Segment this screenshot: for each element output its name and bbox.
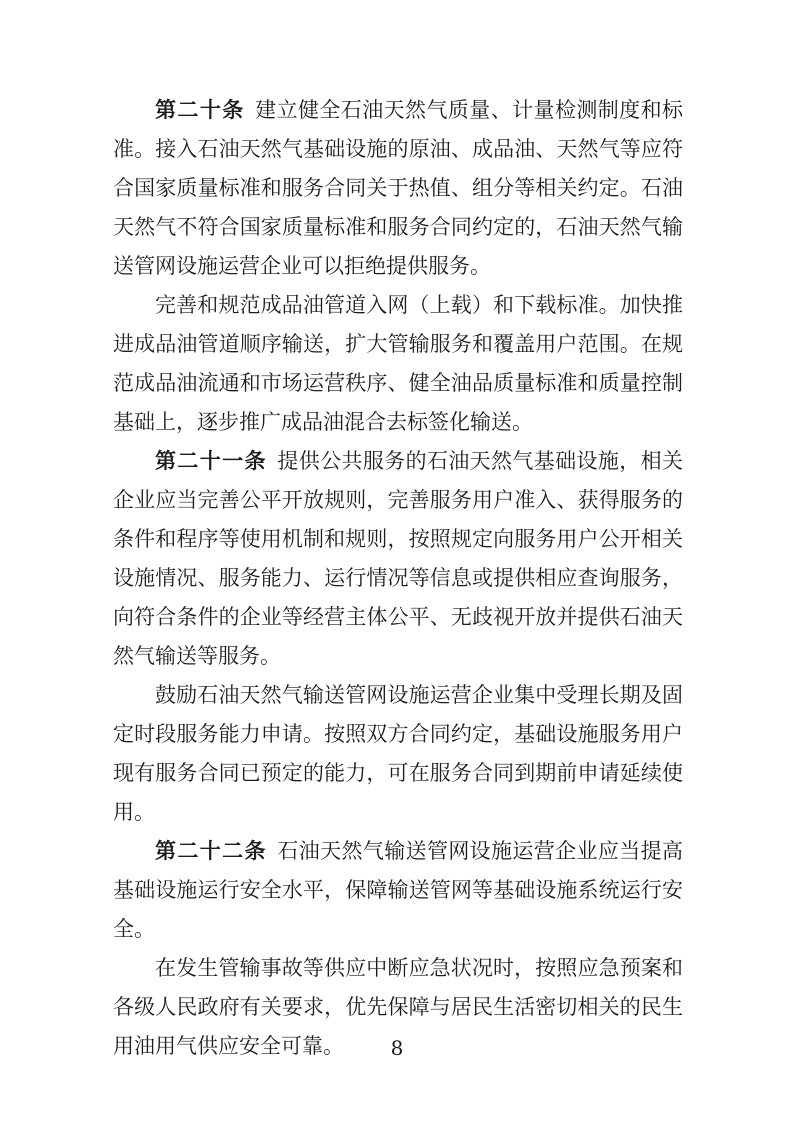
capacity-application-paragraph: 鼓励石油天然气输送管网设施运营企业集中受理长期及固定时段服务能力申请。按照双方合… xyxy=(113,676,683,832)
article-21-text: 提供公共服务的石油天然气基础设施，相关企业应当完善公平开放规则，完善服务用户准入… xyxy=(113,449,683,668)
article-21-paragraph: 第二十一条提供公共服务的石油天然气基础设施，相关企业应当完善公平开放规则，完善服… xyxy=(113,442,683,676)
document-body: 第二十条建立健全石油天然气质量、计量检测制度和标准。接入石油天然气基础设施的原油… xyxy=(113,91,683,1066)
article-20-number: 第二十条 xyxy=(155,98,245,122)
product-oil-pipeline-paragraph: 完善和规范成品油管道入网（上载）和下载标准。加快推进成品油管道顺序输送，扩大管输… xyxy=(113,286,683,442)
document-page: 第二十条建立健全石油天然气质量、计量检测制度和标准。接入石油天然气基础设施的原油… xyxy=(0,0,794,1123)
page-number: 8 xyxy=(0,1034,794,1062)
article-22-paragraph: 第二十二条石油天然气输送管网设施运营企业应当提高基础设施运行安全水平，保障输送管… xyxy=(113,832,683,949)
article-20-text: 建立健全石油天然气质量、计量检测制度和标准。接入石油天然气基础设施的原油、成品油… xyxy=(113,98,683,278)
article-20-paragraph: 第二十条建立健全石油天然气质量、计量检测制度和标准。接入石油天然气基础设施的原油… xyxy=(113,91,683,286)
paragraph-4-text: 鼓励石油天然气输送管网设施运营企业集中受理长期及固定时段服务能力申请。按照双方合… xyxy=(113,683,683,824)
article-22-number: 第二十二条 xyxy=(155,839,267,863)
article-21-number: 第二十一条 xyxy=(155,449,267,473)
paragraph-2-text: 完善和规范成品油管道入网（上载）和下载标准。加快推进成品油管道顺序输送，扩大管输… xyxy=(113,293,683,434)
